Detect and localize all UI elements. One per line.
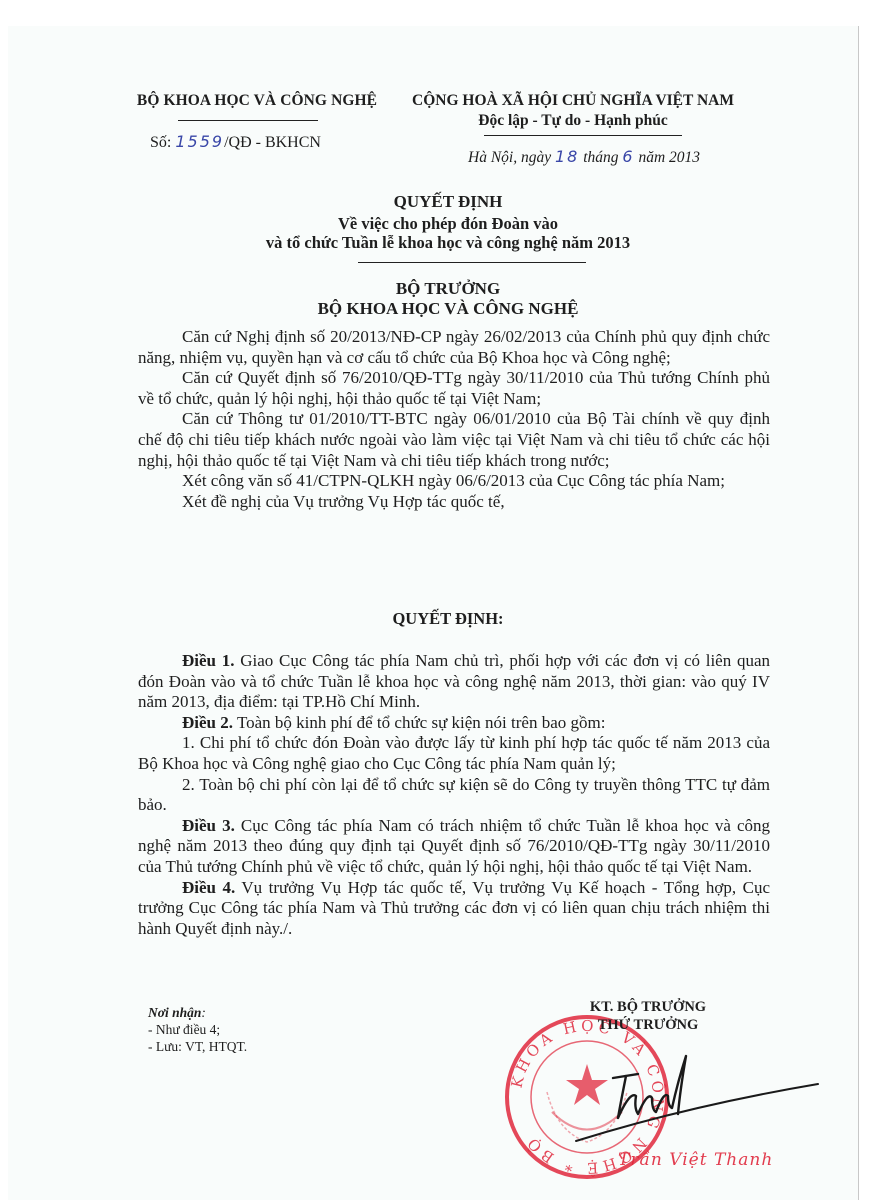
article-1: Điều 1. Giao Cục Công tác phía Nam chủ t… — [138, 651, 770, 713]
recipients-label: Nơi nhận — [148, 1005, 201, 1020]
number-suffix: /QĐ - BKHCN — [224, 134, 321, 151]
date-day: 18 — [555, 147, 579, 166]
national-motto: Độc lập - Tự do - Hạnh phúc — [398, 112, 748, 130]
signature-block-title: KT. BỘ TRƯỞNG THỨ TRƯỞNG — [568, 998, 728, 1034]
date-month: 6 — [622, 147, 634, 166]
title-divider — [358, 262, 586, 263]
document-number: Số: 1559/QĐ - BKHCN — [150, 132, 321, 152]
article-3: Điều 3. Cục Công tác phía Nam có trách n… — [138, 816, 770, 878]
subject-line-2: và tổ chức Tuần lễ khoa học và công nghệ… — [158, 233, 738, 253]
articles: Điều 1. Giao Cục Công tác phía Nam chủ t… — [138, 651, 770, 939]
header-divider-left — [178, 120, 318, 121]
preamble-item: Xét đề nghị của Vụ trưởng Vụ Hợp tác quố… — [138, 492, 770, 513]
signer-name: Trần Việt Thanh — [618, 1150, 773, 1170]
preamble-item: Căn cứ Nghị định số 20/2013/NĐ-CP ngày 2… — [138, 327, 770, 368]
number-handwritten: 1559 — [175, 132, 224, 151]
header-divider-right — [484, 135, 682, 136]
authority-line-2: BỘ KHOA HỌC VÀ CÔNG NGHỆ — [158, 299, 738, 319]
subject-line-1: Về việc cho phép đón Đoàn vào — [158, 214, 738, 234]
document-date: Hà Nội, ngày 18 tháng 6 năm 2013 — [468, 147, 700, 167]
document-page: BỘ KHOA HỌC VÀ CÔNG NGHỆ Số: 1559/QĐ - B… — [8, 26, 859, 1200]
article-4: Điều 4. Vụ trưởng Vụ Hợp tác quốc tế, Vụ… — [138, 878, 770, 940]
preamble-item: Căn cứ Thông tư 01/2010/TT-BTC ngày 06/0… — [138, 409, 770, 471]
number-prefix: Số: — [150, 134, 171, 151]
handwritten-signature-icon — [568, 1036, 828, 1146]
preamble-item: Xét công văn số 41/CTPN-QLKH ngày 06/6/2… — [138, 471, 770, 492]
article-2: Điều 2. Toàn bộ kinh phí để tổ chức sự k… — [138, 713, 770, 734]
preamble-item: Căn cứ Quyết định số 76/2010/QĐ-TTg ngày… — [138, 368, 770, 409]
authority-line-1: BỘ TRƯỞNG — [158, 279, 738, 299]
decision-heading: QUYẾT ĐỊNH: — [158, 609, 738, 629]
article-2-item-2: 2. Toàn bộ chi phí còn lại để tổ chức sự… — [138, 775, 770, 816]
preamble: Căn cứ Nghị định số 20/2013/NĐ-CP ngày 2… — [138, 327, 770, 512]
ministry-name: BỘ KHOA HỌC VÀ CÔNG NGHỆ — [126, 92, 388, 110]
recipient-item: - Như điều 4; — [148, 1021, 247, 1038]
recipients: Nơi nhận: - Như điều 4; - Lưu: VT, HTQT. — [148, 1004, 247, 1055]
recipient-item: - Lưu: VT, HTQT. — [148, 1038, 247, 1055]
country-name: CỘNG HOÀ XÃ HỘI CHỦ NGHĨA VIỆT NAM — [398, 92, 748, 110]
article-2-item-1: 1. Chi phí tổ chức đón Đoàn vào được lấy… — [138, 733, 770, 774]
document-type: QUYẾT ĐỊNH — [158, 192, 738, 212]
